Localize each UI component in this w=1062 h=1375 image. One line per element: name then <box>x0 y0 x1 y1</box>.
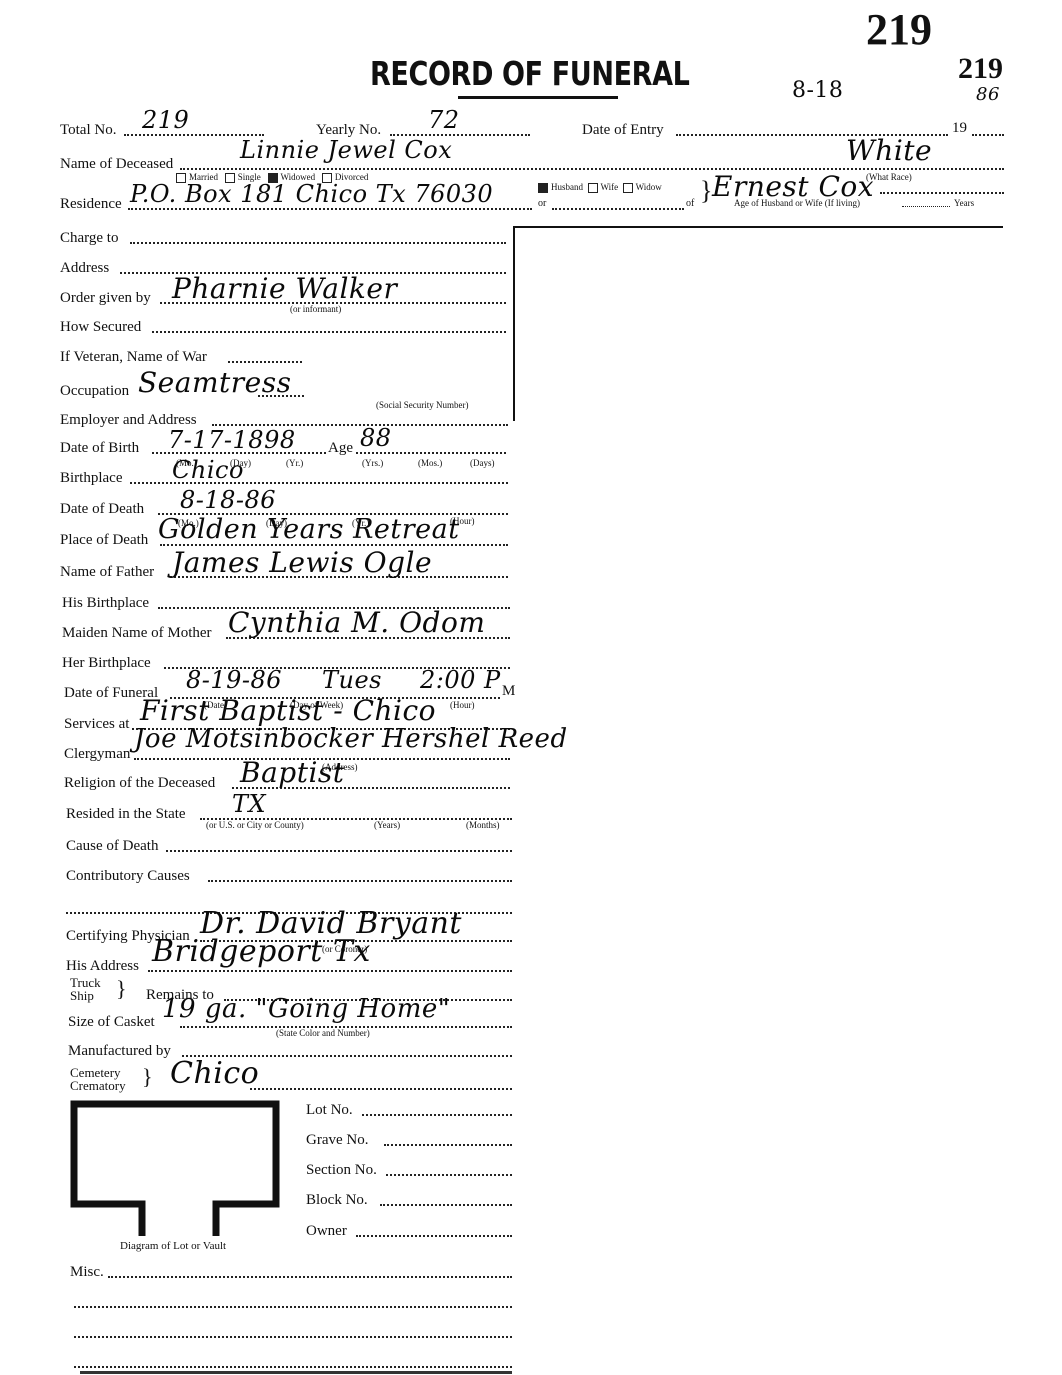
his-address-field[interactable]: Bridgeport Tx <box>152 934 371 969</box>
services-at-field[interactable]: First Baptist - Chico <box>140 694 436 727</box>
age-line <box>356 452 506 454</box>
page-title: RECORD OF FUNERAL <box>370 54 689 93</box>
lot-vault-diagram[interactable] <box>70 1100 280 1240</box>
birthplace-label: Birthplace <box>60 470 122 487</box>
misc-label: Misc. <box>70 1264 104 1281</box>
spouse-of-label: of <box>686 198 694 209</box>
notes-box[interactable] <box>515 228 1003 418</box>
age-caption-months: (Mos.) <box>418 458 442 468</box>
date-of-birth-field[interactable]: 7-17-1898 <box>168 426 296 454</box>
page-stamp-number: 219 <box>866 4 932 55</box>
grave-no-field[interactable] <box>384 1144 512 1146</box>
residence-field[interactable]: P.O. Box 181 Chico Tx 76030 <box>130 180 493 208</box>
cause-of-death-field[interactable] <box>166 850 512 852</box>
spouse-age-field[interactable] <box>902 206 950 207</box>
maiden-name-mother-label: Maiden Name of Mother <box>62 625 212 642</box>
charge-to-label: Charge to <box>60 230 118 247</box>
lot-no-field[interactable] <box>362 1114 512 1116</box>
lot-no-label: Lot No. <box>306 1102 353 1119</box>
owner-label: Owner <box>306 1223 347 1240</box>
date-of-entry-label: Date of Entry <box>582 122 664 139</box>
resided-caption-place: (or U.S. or City or County) <box>206 820 304 830</box>
race-field[interactable]: White <box>846 134 932 167</box>
dob-caption-year: (Yr.) <box>286 458 303 468</box>
how-secured-field[interactable] <box>152 331 506 333</box>
casket-caption: (State Color and Number) <box>276 1028 370 1038</box>
total-no-label: Total No. <box>60 122 116 139</box>
funeral-hour-suffix: M <box>502 683 515 700</box>
checked-checkbox-icon <box>538 183 548 193</box>
place-of-death-label: Place of Death <box>60 532 148 549</box>
veteran-war-field[interactable] <box>228 361 302 363</box>
resided-in-state-field[interactable]: TX <box>232 790 266 818</box>
widow-checkbox[interactable]: Widow <box>623 182 662 192</box>
truck-ship-labels: Truck Ship <box>70 976 101 1002</box>
owner-field[interactable] <box>356 1235 512 1237</box>
spouse-name-line <box>880 192 1004 194</box>
size-of-casket-field[interactable]: 19 ga. "Going Home" <box>162 994 450 1024</box>
funeral-date-field[interactable]: 8-19-86 <box>186 666 282 694</box>
age-label: Age <box>328 440 353 457</box>
yearly-no-field[interactable]: 72 <box>428 106 460 134</box>
block-no-field[interactable] <box>380 1204 512 1206</box>
misc-line-2[interactable] <box>74 1306 512 1308</box>
date-of-death-label: Date of Death <box>60 501 144 518</box>
checkbox-icon <box>623 183 633 193</box>
order-given-by-field[interactable]: Pharnie Walker <box>172 272 397 305</box>
cause-of-death-label: Cause of Death <box>66 838 158 855</box>
section-no-label: Section No. <box>306 1162 377 1179</box>
spouse-or-line[interactable] <box>552 208 684 210</box>
wife-checkbox[interactable]: Wife <box>588 182 619 192</box>
name-of-deceased-line <box>180 168 1004 170</box>
brace-icon: } <box>116 978 127 1000</box>
birthplace-field[interactable]: Chico <box>172 456 244 484</box>
title-underline <box>458 96 618 99</box>
record-number: 219 <box>958 52 1003 86</box>
husband-checkbox[interactable]: Husband <box>538 182 583 192</box>
maiden-name-mother-field[interactable]: Cynthia M. Odom <box>228 606 485 639</box>
services-at-label: Services at <box>64 716 129 733</box>
his-address-label: His Address <box>66 958 139 975</box>
how-secured-label: How Secured <box>60 319 141 336</box>
name-of-deceased-field[interactable]: Linnie Jewel Cox <box>240 136 452 164</box>
record-year: 86 <box>976 84 1000 105</box>
entry-date-handwritten: 8-18 <box>792 78 843 103</box>
charge-to-field[interactable] <box>130 242 506 244</box>
misc-line-3[interactable] <box>74 1336 512 1338</box>
address-label: Address <box>60 260 109 277</box>
religion-field[interactable]: Baptist <box>240 756 345 789</box>
spouse-relation-options: Husband Wife Widow <box>538 182 662 193</box>
misc-line-4[interactable] <box>74 1366 512 1368</box>
checkbox-icon <box>588 183 598 193</box>
date-of-entry-year-prefix: 19 <box>952 120 967 137</box>
total-no-field[interactable]: 219 <box>142 106 189 134</box>
page-bottom-edge <box>80 1371 512 1374</box>
resided-caption-months: (Months) <box>466 820 500 830</box>
name-of-father-field[interactable]: James Lewis Ogle <box>172 546 432 579</box>
social-security-caption: (Social Security Number) <box>376 400 468 410</box>
residence-line <box>128 208 532 210</box>
clergyman-field[interactable]: Joe Motsinbocker Hershel Reed <box>134 724 568 754</box>
ship-label: Ship <box>70 989 101 1002</box>
occupation-field[interactable]: Seamtress <box>138 366 291 399</box>
veteran-war-label: If Veteran, Name of War <box>60 349 207 366</box>
resided-in-state-label: Resided in the State <box>66 806 186 823</box>
age-field[interactable]: 88 <box>360 424 392 452</box>
spouse-years-label: Years <box>954 198 974 208</box>
informant-caption: (or informant) <box>290 304 341 314</box>
spouse-or-label: or <box>538 198 546 209</box>
block-no-label: Block No. <box>306 1192 368 1209</box>
contributory-causes-label: Contributory Causes <box>66 868 190 885</box>
brace-icon: } <box>142 1066 153 1088</box>
her-birthplace-label: Her Birthplace <box>62 655 151 672</box>
crematory-label: Crematory <box>70 1079 126 1092</box>
cemetery-line <box>250 1088 512 1090</box>
name-of-deceased-label: Name of Deceased <box>60 156 173 173</box>
contributory-causes-field[interactable] <box>208 880 512 882</box>
religion-label: Religion of the Deceased <box>64 775 215 792</box>
funeral-day-field[interactable]: Tues <box>322 666 382 694</box>
section-no-field[interactable] <box>386 1174 512 1176</box>
spouse-age-caption: Age of Husband or Wife (If living) <box>734 198 860 208</box>
manufactured-by-label: Manufactured by <box>68 1043 171 1060</box>
name-of-father-label: Name of Father <box>60 564 154 581</box>
resided-caption-years: (Years) <box>374 820 400 830</box>
date-of-birth-label: Date of Birth <box>60 440 139 457</box>
date-of-death-field[interactable]: 8-18-86 <box>180 486 276 514</box>
residence-label: Residence <box>60 196 122 213</box>
his-address-line <box>148 970 512 972</box>
clergyman-label: Clergyman <box>64 746 130 763</box>
funeral-caption-hour: (Hour) <box>450 700 475 710</box>
his-birthplace-label: His Birthplace <box>62 595 149 612</box>
date-of-entry-year-line[interactable] <box>972 134 1004 136</box>
brace-icon: } <box>700 178 712 204</box>
cemetery-crematory-labels: Cemetery Crematory <box>70 1066 126 1092</box>
age-caption-years: (Yrs.) <box>362 458 383 468</box>
grave-no-label: Grave No. <box>306 1132 368 1149</box>
misc-field[interactable] <box>108 1276 512 1278</box>
funeral-hour-field[interactable]: 2:00 P <box>420 666 501 694</box>
age-caption-days: (Days) <box>470 458 495 468</box>
cemetery-field[interactable]: Chico <box>170 1056 259 1091</box>
order-given-by-label: Order given by <box>60 290 151 307</box>
diagram-caption: Diagram of Lot or Vault <box>120 1240 226 1252</box>
occupation-label: Occupation <box>60 383 129 400</box>
size-of-casket-label: Size of Casket <box>68 1014 155 1031</box>
place-of-death-field[interactable]: Golden Years Retreat <box>158 514 460 545</box>
